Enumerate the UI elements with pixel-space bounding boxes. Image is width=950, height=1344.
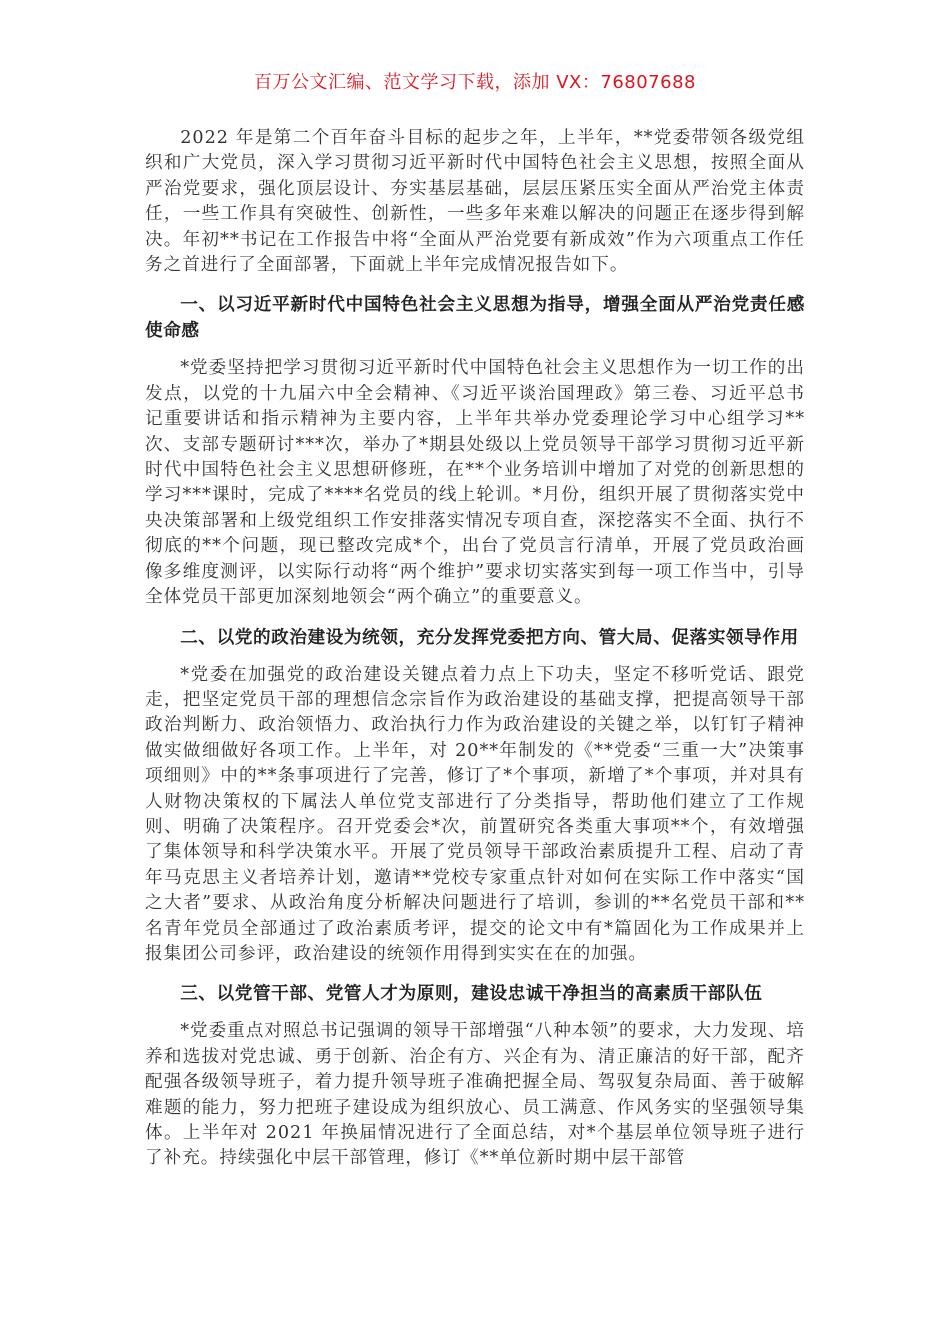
document-page: 百万公文汇编、范文学习下载，添加 VX：76807688 2022 年是第二个百… <box>0 0 950 1344</box>
section-heading-3: 三、以党管干部、党管人才为原则，建设忠诚干净担当的高素质干部队伍 <box>145 981 805 1007</box>
document-body: 2022 年是第二个百年奋斗目标的起步之年，上半年，**党委带领各级党组织和广大… <box>145 126 805 1172</box>
watermark-banner: 百万公文汇编、范文学习下载，添加 VX：76807688 <box>0 68 950 94</box>
section-paragraph-1: *党委坚持把学习贯彻习近平新时代中国特色社会主义思想作为一切工作的出发点，以党的… <box>145 356 805 610</box>
intro-paragraph: 2022 年是第二个百年奋斗目标的起步之年，上半年，**党委带领各级党组织和广大… <box>145 126 805 278</box>
section-heading-2: 二、以党的政治建设为统领，充分发挥党委把方向、管大局、促落实领导作用 <box>145 625 805 651</box>
section-heading-1: 一、以习近平新时代中国特色社会主义思想为指导，增强全面从严治党责任感使命感 <box>145 292 805 344</box>
section-paragraph-3: *党委重点对照总书记强调的领导干部增强“八种本领”的要求，大力发现、培养和选拔对… <box>145 1019 805 1171</box>
section-paragraph-2: *党委在加强党的政治建设关键点着力点上下功夫，坚定不移听党话、跟党走，把坚定党员… <box>145 663 805 968</box>
